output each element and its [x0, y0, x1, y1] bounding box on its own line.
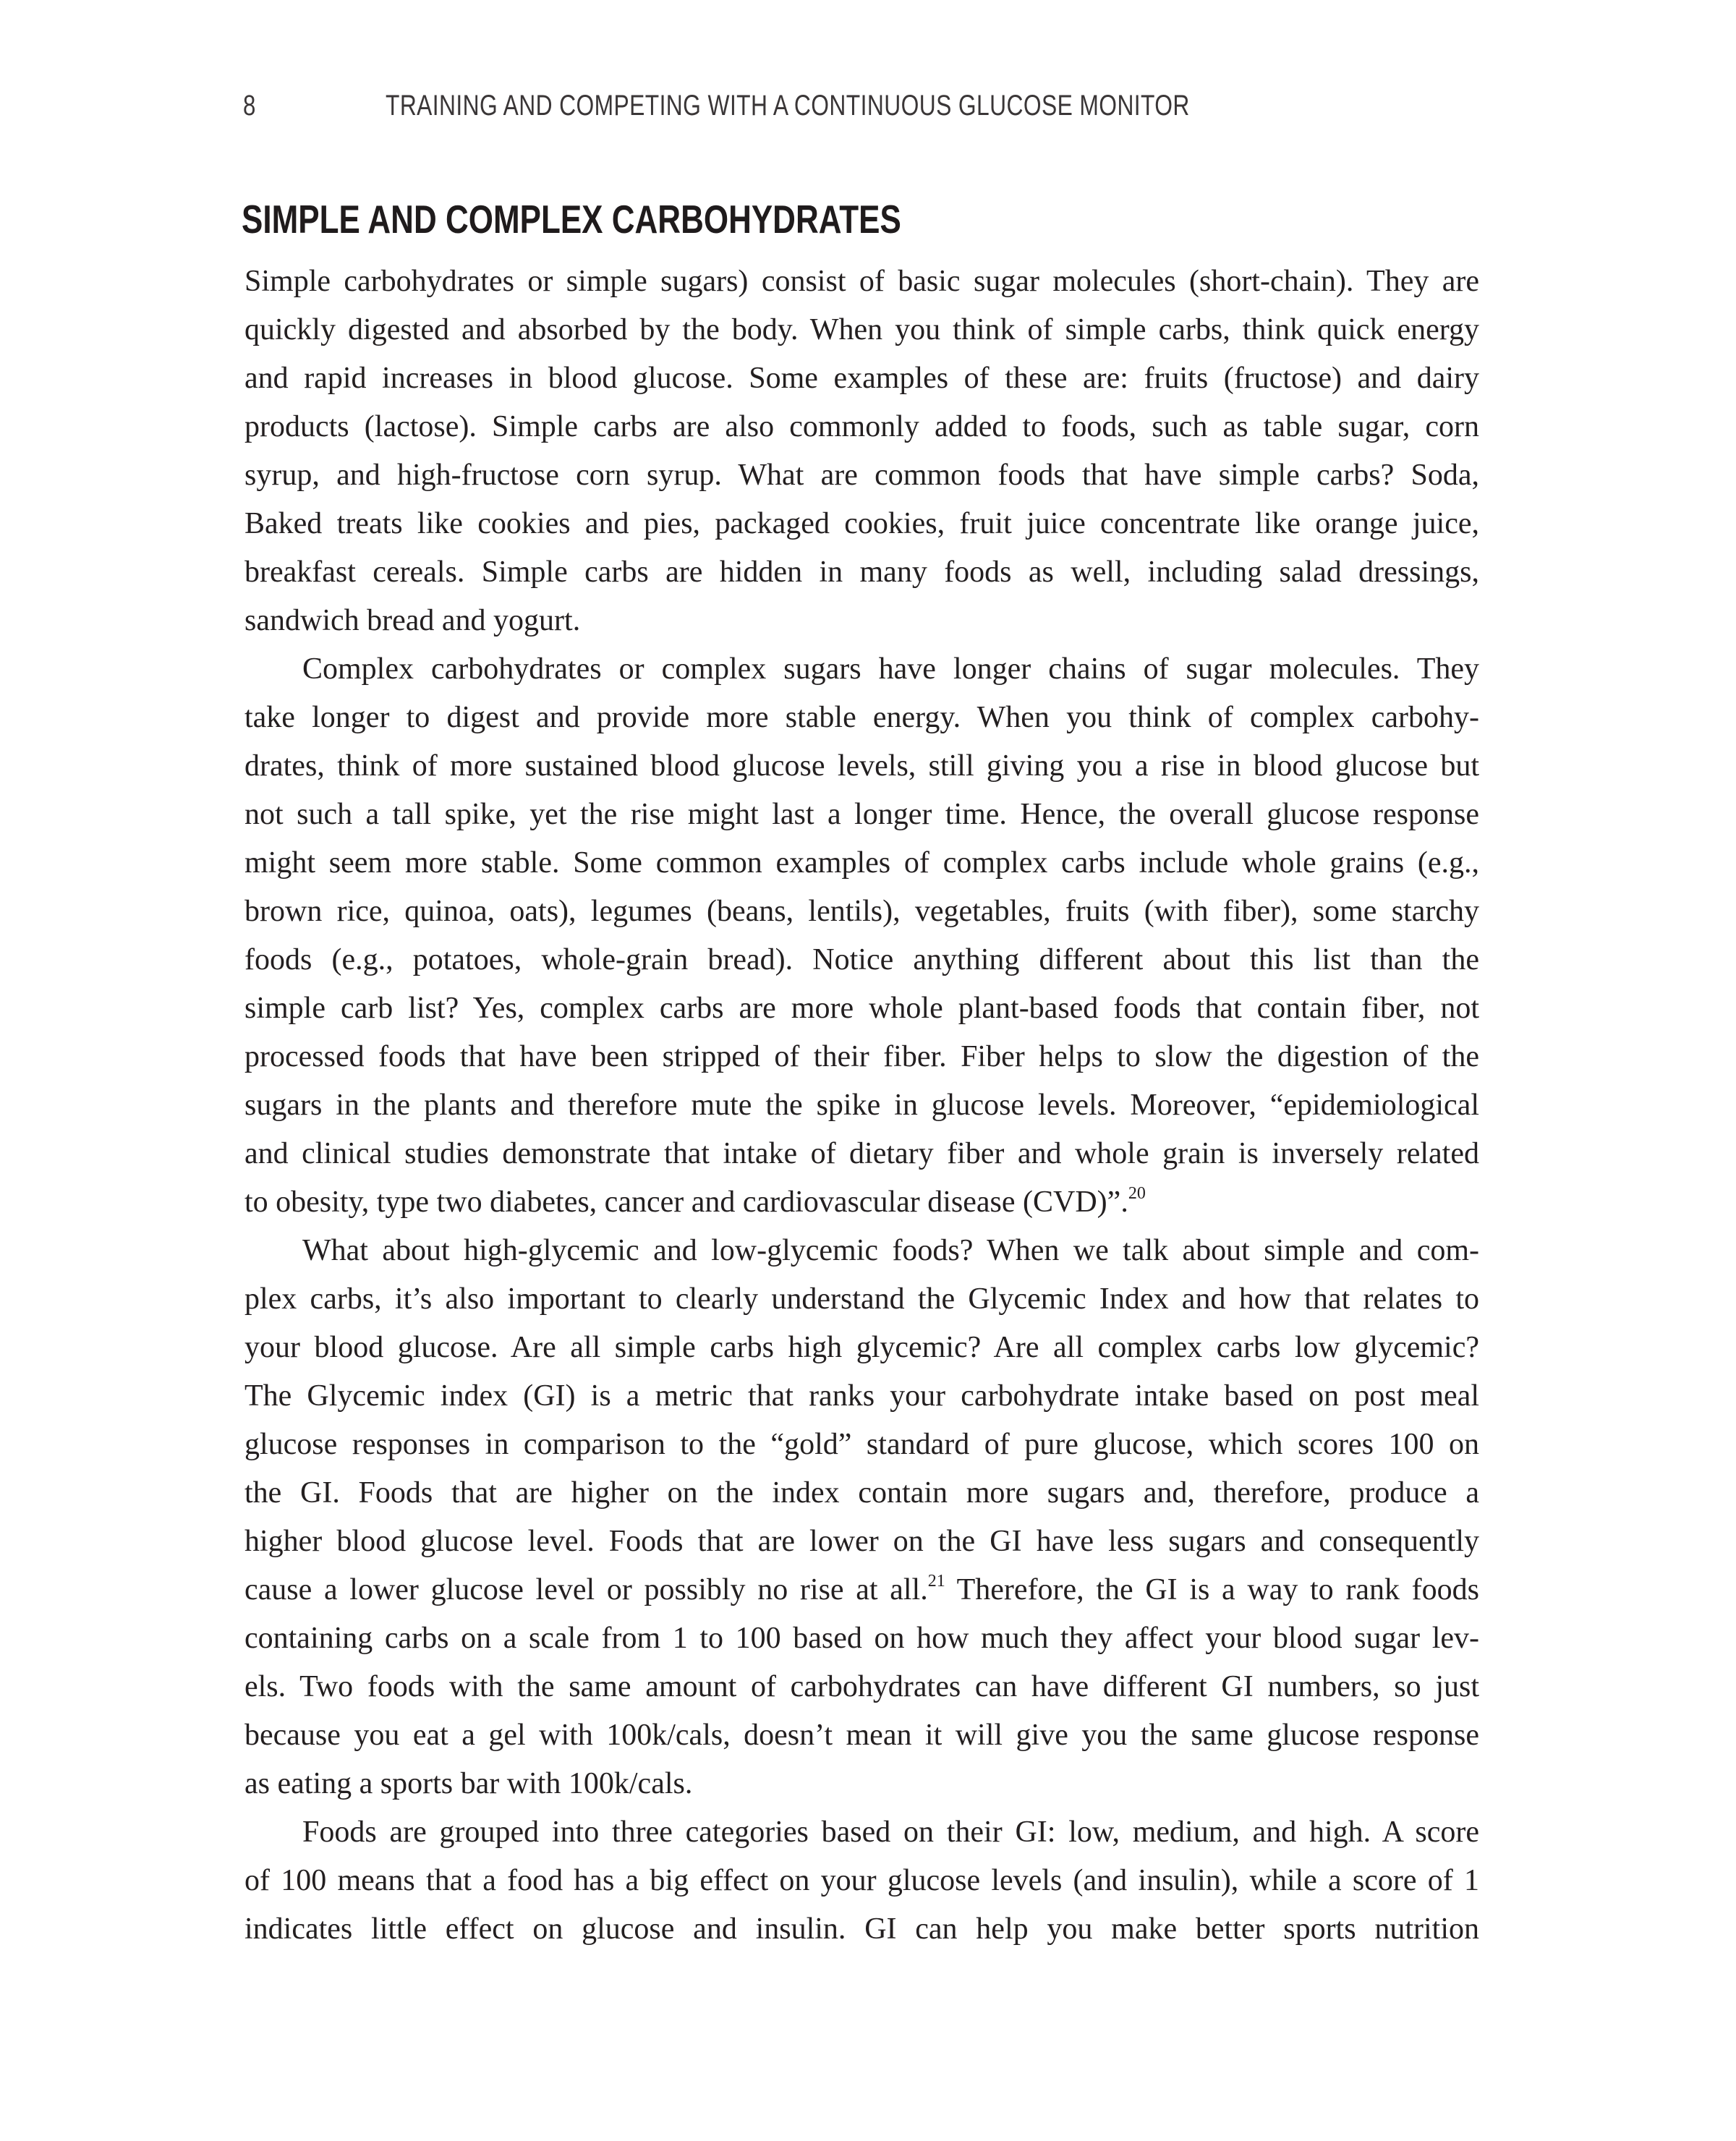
text-line: the GI. Foods that are higher on the ind…	[244, 1469, 1479, 1518]
text-line: els. Two foods with the same amount of c…	[244, 1663, 1479, 1711]
text-line: because you eat a gel with 100k/cals, do…	[244, 1711, 1479, 1760]
paragraph-glycemic-index: What about high-glycemic and low-glycemi…	[244, 1227, 1479, 1808]
paragraph-gi-categories: Foods are grouped into three categories …	[244, 1808, 1479, 1954]
text-line: as eating a sports bar with 100k/cals.	[244, 1760, 1479, 1808]
text-line: cause a lower glucose level or possibly …	[244, 1566, 1479, 1614]
text-line: containing carbs on a scale from 1 to 10…	[244, 1614, 1479, 1663]
text-line: glucose responses in comparison to the “…	[244, 1421, 1479, 1469]
text-line: Simple carbohydrates or simple sugars) c…	[244, 257, 1479, 306]
paragraph-complex-carbs: Complex carbohydrates or complex sugars …	[244, 645, 1479, 1227]
text-line: Foods are grouped into three categories …	[244, 1808, 1479, 1857]
text-line: foods (e.g., potatoes, whole-grain bread…	[244, 936, 1479, 984]
page-number: 8	[243, 88, 255, 123]
text-line-content: to obesity, type two diabetes, cancer an…	[244, 1186, 1128, 1219]
text-line: sugars in the plants and therefore mute …	[244, 1081, 1479, 1130]
text-line: breakfast cereals. Simple carbs are hidd…	[244, 548, 1479, 597]
text-line: products (lactose). Simple carbs are als…	[244, 403, 1479, 451]
text-line: brown rice, quinoa, oats), legumes (bean…	[244, 888, 1479, 936]
text-line: syrup, and high-fructose corn syrup. Wha…	[244, 451, 1479, 500]
text-line: might seem more stable. Some common exam…	[244, 839, 1479, 888]
text-line: and rapid increases in blood glucose. So…	[244, 354, 1479, 403]
text-line: and clinical studies demonstrate that in…	[244, 1130, 1479, 1178]
text-line: The Glycemic index (GI) is a metric that…	[244, 1372, 1479, 1421]
text-line-continuation: Therefore, the GI is a way to rank foods	[945, 1573, 1479, 1606]
text-line: your blood glucose. Are all simple carbs…	[244, 1324, 1479, 1372]
text-line: indicates little effect on glucose and i…	[244, 1905, 1479, 1954]
footnote-marker-21[interactable]: 21	[928, 1572, 945, 1591]
text-line: What about high-glycemic and low-glycemi…	[244, 1227, 1479, 1275]
text-line: quickly digested and absorbed by the bod…	[244, 306, 1479, 354]
text-line: plex carbs, it’s also important to clear…	[244, 1275, 1479, 1324]
text-line: Baked treats like cookies and pies, pack…	[244, 500, 1479, 548]
text-line: sandwich bread and yogurt.	[244, 597, 1479, 645]
footnote-marker-20[interactable]: 20	[1128, 1184, 1146, 1203]
paragraph-simple-carbs: Simple carbohydrates or simple sugars) c…	[244, 257, 1479, 645]
text-line: higher blood glucose level. Foods that a…	[244, 1518, 1479, 1566]
text-line: processed foods that have been stripped …	[244, 1033, 1479, 1081]
text-line: of 100 means that a food has a big effec…	[244, 1857, 1479, 1905]
text-line: simple carb list? Yes, complex carbs are…	[244, 984, 1479, 1033]
text-line: Complex carbohydrates or complex sugars …	[244, 645, 1479, 694]
section-title: SIMPLE AND COMPLEX CARBOHYDRATES	[242, 197, 901, 242]
running-head: TRAINING AND COMPETING WITH A CONTINUOUS…	[386, 88, 1133, 123]
text-line: not such a tall spike, yet the rise migh…	[244, 791, 1479, 839]
text-line: to obesity, type two diabetes, cancer an…	[244, 1178, 1479, 1227]
body-text: Simple carbohydrates or simple sugars) c…	[244, 257, 1479, 1954]
text-line: take longer to digest and provide more s…	[244, 694, 1479, 742]
text-line-content: cause a lower glucose level or possibly …	[244, 1573, 928, 1606]
text-line: drates, think of more sustained blood gl…	[244, 742, 1479, 791]
